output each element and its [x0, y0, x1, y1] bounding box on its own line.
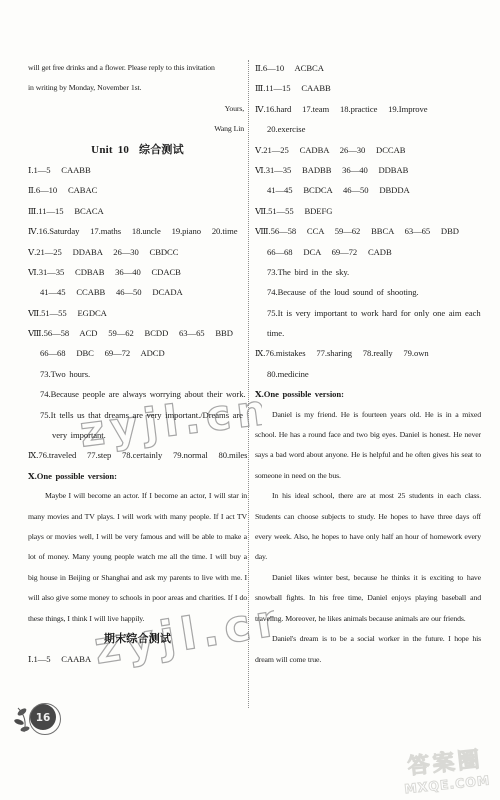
answer-line: Ⅰ.1—5 CAABB [28, 160, 247, 180]
answer-line: Ⅵ.31—35 CDBAB 36—40 CDACB [28, 262, 247, 282]
essay-paragraph: Daniel's dream is to be a social worker … [255, 629, 481, 670]
answer-line: Ⅱ.6—10 CABAC [28, 180, 247, 200]
answer-line: 80.medicine [255, 364, 481, 384]
essay-paragraph: Maybe I will become an actor. If I becom… [28, 486, 247, 629]
answer-line: 41—45 BCDCA 46—50 DBDDA [255, 180, 481, 200]
answer-line: 20.exercise [255, 119, 481, 139]
answer-line: 74.Because people are always worrying ab… [28, 384, 247, 404]
answer-line: Ⅶ.51—55 BDEFG [255, 201, 481, 221]
answer-line: 73.Two hours. [28, 364, 247, 384]
answer-line: 75.It is very important to work hard for… [255, 303, 481, 323]
essay-paragraph: Daniel likes winter best, because he thi… [255, 568, 481, 629]
answer-line: Ⅲ.11—15 CAABB [255, 78, 481, 98]
page-number: 16 [36, 712, 51, 724]
essay-label: Ⅹ.One possible version: [28, 466, 247, 486]
closing-signature: Wang Lin [28, 119, 247, 139]
answer-line: time. [255, 323, 481, 343]
answer-line: 66—68 DCA 69—72 CADB [255, 242, 481, 262]
answer-line: 75.It tells us that dreams are very impo… [28, 405, 247, 425]
intro-line: in writing by Monday, November 1st. [28, 78, 247, 98]
answer-line: Ⅴ.21—25 DDABA 26—30 CBDCC [28, 242, 247, 262]
unit10-title: Unit 10 综合测试 [28, 140, 247, 160]
page-number-badge: 16 [12, 698, 70, 740]
intro-line: will get free drinks and a flower. Pleas… [28, 58, 247, 78]
final-exam-title: 期末综合测试 [28, 629, 247, 649]
scanned-answer-key-page: zyjl.cn zyjl.cn will get free drinks and… [0, 0, 500, 800]
answer-line: Ⅸ.76.traveled 77.step 78.certainly 79.no… [28, 445, 247, 465]
answer-line: Ⅳ.16.Saturday 17.maths 18.uncle 19.piano… [28, 221, 247, 241]
answer-line: 41—45 CCABB 46—50 DCADA [28, 282, 247, 302]
leaf-decoration-icon [13, 707, 30, 732]
answer-line: Ⅲ.11—15 BCACA [28, 201, 247, 221]
answer-line: Ⅶ.51—55 EGDCA [28, 303, 247, 323]
answer-line: 73.The bird in the sky. [255, 262, 481, 282]
answer-line: Ⅸ.76.mistakes 77.sharing 78.really 79.ow… [255, 343, 481, 363]
answer-line: Ⅱ.6—10 ACBCA [255, 58, 481, 78]
answer-line: Ⅰ.1—5 CAABA [28, 649, 247, 669]
column-divider [248, 60, 249, 708]
answer-line: 66—68 DBC 69—72 ADCD [28, 343, 247, 363]
answer-line: Ⅷ.56—58 CCA 59—62 BBCA 63—65 DBD [255, 221, 481, 241]
answer-line: Ⅵ.31—35 BADBB 36—40 DDBAB [255, 160, 481, 180]
essay-paragraph: Daniel is my friend. He is fourteen year… [255, 405, 481, 487]
right-column: Ⅱ.6—10 ACBCA Ⅲ.11—15 CAABB Ⅳ.16.hard 17.… [255, 58, 481, 670]
essay-label: Ⅹ.One possible version: [255, 384, 481, 404]
answer-line: Ⅴ.21—25 CADBA 26—30 DCCAB [255, 140, 481, 160]
answer-line: Ⅳ.16.hard 17.team 18.practice 19.Improve [255, 99, 481, 119]
answer-line: Ⅷ.56—58 ACD 59—62 BCDD 63—65 BBD [28, 323, 247, 343]
closing-yours: Yours, [28, 99, 247, 119]
answer-site-logo: 答案圈 MXQE.COM [392, 744, 500, 800]
essay-paragraph: In his ideal school, there are at most 2… [255, 486, 481, 568]
left-column: will get free drinks and a flower. Pleas… [28, 58, 247, 670]
answer-line: very important. [28, 425, 247, 445]
answer-line: 74.Because of the loud sound of shooting… [255, 282, 481, 302]
